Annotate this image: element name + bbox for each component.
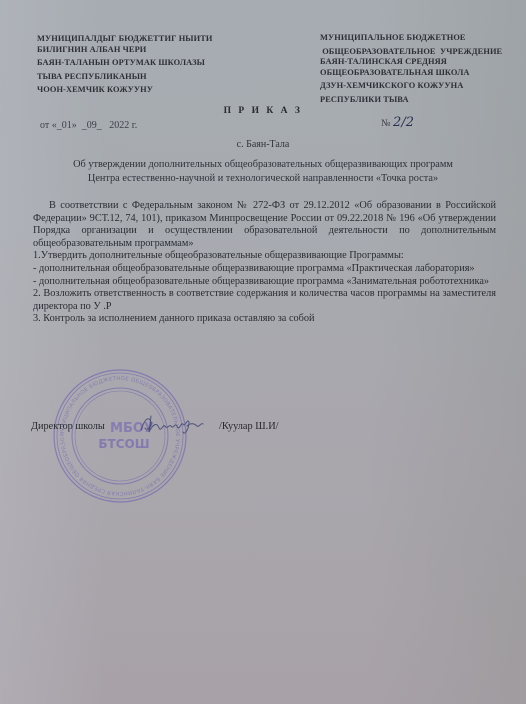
- stamp-center-line2: БТСОШ: [98, 437, 149, 451]
- header-right-line: БАЯН-ТАЛИНСКАЯ СРЕДНЯЯ: [320, 57, 502, 68]
- place: с. Баян-Тала: [0, 139, 526, 150]
- order-item: 3. Контроль за исполнением данного прика…: [33, 313, 496, 326]
- director-name: /Куулар Ш.И/: [219, 421, 279, 432]
- header-right-line: ДЗУН-ХЕМЧИКСКОГО КОЖУУНА: [320, 81, 502, 92]
- header-right-line: ОБЩЕОБРАЗОВАТЕЛЬНАЯ ШКОЛА: [320, 68, 502, 79]
- preamble: В соответствии с Федеральным законом № 2…: [33, 200, 496, 250]
- header-right-russian: МУНИЦИПАЛЬНОЕ БЮДЖЕТНОЕ ОБЩЕОБРАЗОВАТЕЛЬ…: [320, 33, 502, 105]
- header-left-line: ЧООН-ХЕМЧИК КОЖУУНУ: [37, 85, 213, 96]
- handwritten-signature: [137, 412, 207, 438]
- order-number-label: №: [381, 118, 391, 129]
- order-item: 1.Утвердить дополнительные общеобразоват…: [33, 250, 496, 263]
- header-left-line: ТЫВА РЕСПУБЛИКАНЫН: [37, 72, 213, 83]
- order-body: В соответствии с Федеральным законом № 2…: [33, 200, 496, 326]
- header-left-line: МУНИЦИПАЛДЫГ БЮДЖЕТТИГ НЫИТИ: [37, 34, 213, 45]
- header-right-line: РЕСПУБЛИКИ ТЫВА: [320, 95, 502, 106]
- order-number: № 2/2: [381, 115, 414, 130]
- header-left-line: БИЛИГНИН АЛБАН ЧЕРИ: [37, 45, 213, 56]
- header-left-line: БАЯН-ТАЛАНЫН ОРТУМАК ШКОЛАЗЫ: [37, 58, 213, 69]
- header-right-line: ОБЩЕОБРАЗОВАТЕЛЬНОЕ УЧРЕЖДЕНИЕ: [320, 47, 502, 58]
- order-item: 2. Возложить ответственность в соответст…: [33, 288, 496, 313]
- order-item: - дополнительная общеобразовательные общ…: [33, 263, 496, 276]
- order-date: от «_01» _09_ 2022 г.: [40, 120, 137, 131]
- order-subject: Об утверждении дополнительных общеобразо…: [0, 158, 526, 185]
- signature-label: Директор школы: [31, 421, 105, 432]
- order-number-value: 2/2: [393, 115, 414, 130]
- order-item: - дополнительная общеобразовательные общ…: [33, 276, 496, 289]
- subject-line: Об утверждении дополнительных общеобразо…: [0, 158, 526, 172]
- subject-line: Центра естественно-научной и технологиче…: [0, 172, 526, 186]
- header-right-line: МУНИЦИПАЛЬНОЕ БЮДЖЕТНОЕ: [320, 33, 502, 44]
- document-title: П Р И К А З: [0, 106, 526, 116]
- header-left-tuvan: МУНИЦИПАЛДЫГ БЮДЖЕТТИГ НЫИТИ БИЛИГНИН АЛ…: [37, 34, 213, 96]
